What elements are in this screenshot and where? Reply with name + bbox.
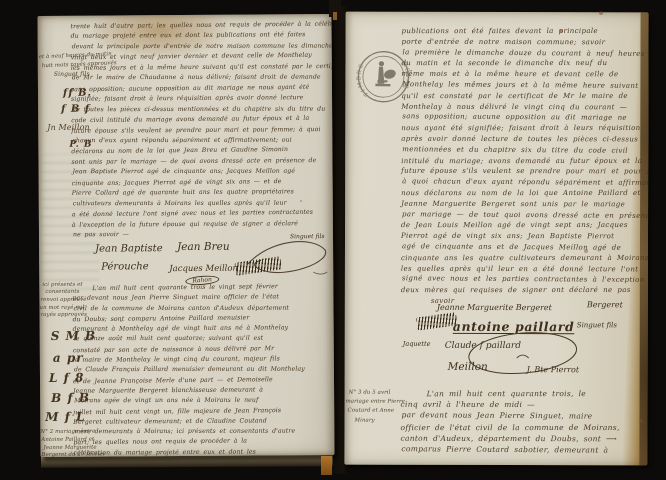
left-page: trente huit d'autre part; les quelles no… <box>37 14 334 457</box>
signature-official: Singuet fils <box>577 321 617 329</box>
margin-paraphe: Jn Meillon <box>47 123 90 132</box>
signature-witness: Meillon <box>448 361 488 373</box>
margin-act-reference: N° 2 mariage entre <box>40 429 95 435</box>
manuscript-line: juillet mil huit cent vingt un, fille ma… <box>73 405 333 418</box>
margin-act-reference: Minary <box>355 418 375 424</box>
margin-act-reference: Bergeret du 27 février <box>42 452 106 457</box>
margin-act-reference: Coutard et Anne <box>348 408 395 414</box>
manuscript-line: L'an mil huit cent quarante trois, le <box>427 388 646 399</box>
manuscript-line: agé de cinquante ans et de Jacques Meill… <box>402 241 647 254</box>
ink-flourish-icon <box>243 234 333 283</box>
top-ribbon-tab <box>329 0 341 17</box>
manuscript-line: publications ont été faites devant la pr… <box>402 26 647 37</box>
manuscript-line: officier de l'état civil de la commune d… <box>401 422 646 433</box>
bottom-ribbon-tab <box>321 456 332 475</box>
margin-act-reference: Jeanne Marguerite <box>43 445 96 451</box>
signature-witness: Jaquette <box>403 340 431 348</box>
manuscript-line: comparus Pierre Coutard sabotier, demeur… <box>401 443 646 456</box>
manuscript-line: Jeanne Marguerite Bergeret sont unis par… <box>401 199 646 210</box>
manuscript-line: cinquante ans les quatre cultivateurs de… <box>401 253 646 264</box>
archive-scan: trente huit d'autre part; les quelles no… <box>0 0 666 480</box>
margin-paraphe: M f L <box>45 410 85 424</box>
margin-paraphe: L f 8 <box>49 371 84 385</box>
act2-signatures: Jeanne Marguerite Bergeret Bergeret anto… <box>346 12 649 13</box>
margin-renvoi-note: rayés approuvés <box>41 312 87 318</box>
margin-act-reference: Antoine Paillard et <box>41 437 94 443</box>
margin-renvoi-note: ici présents et <box>42 282 82 288</box>
signature-witness: J. Bte Pierrot <box>527 365 579 374</box>
margin-signature: Singuet fils <box>54 71 90 78</box>
margin-act-number: N° 3 du 5 avril <box>349 390 391 396</box>
margin-paraphe: ff B. <box>63 88 92 99</box>
right-margin-note: N° 3 du 5 avril mariage entre Pierre Cou… <box>346 12 649 13</box>
manuscript-line: mentionnées et du chapitre six du titre … <box>402 144 647 157</box>
manuscript-line: nous déclarons au nom de la loi que Anto… <box>401 188 646 199</box>
manuscript-line: porte d'entrée de notre maison commune; … <box>402 37 647 48</box>
manuscript-line: après avoir donné lecture de toutes les … <box>401 134 646 145</box>
signature-witness: Bergeret <box>587 300 623 309</box>
signature-bride: Jeanne Marguerite Bergeret <box>437 303 552 312</box>
margin-act-reference: mariage entre Pierre <box>346 399 405 405</box>
manuscript-line: du matin et la seconde le dimanche dix n… <box>401 58 646 69</box>
margin-renvoi-note: un mot rayé nul <box>39 305 84 311</box>
manuscript-line: intitulé du mariage; avons demandé au fu… <box>401 156 646 167</box>
right-page: TIMBRE ROYAL publications ont été faites… <box>344 12 648 466</box>
margin-paraphe: a pr <box>53 351 84 365</box>
signature-witness: Pérouche <box>101 261 148 272</box>
paper-specks <box>0 0 2 2</box>
margin-paraphe: f B f <box>61 104 90 115</box>
margin-paraphe: P. B <box>69 140 92 150</box>
manuscript-line: Monthelay les mêmes jours et à la même h… <box>402 79 647 92</box>
margin-paraphe: S M B <box>51 329 97 343</box>
margin-paraphe: B f B <box>51 391 90 405</box>
signature-witness: Jean Baptiste <box>95 243 163 254</box>
act2-continuation-text: publications ont été faites devant la pr… <box>401 26 647 307</box>
manuscript-line: qu'il est constaté par le certificat de … <box>401 91 646 102</box>
act2-text: L'an mil huit cent quarante trois le vin… <box>72 282 333 457</box>
margin-renvoi-note: renvoi approuvé <box>40 297 86 303</box>
manuscript-line: par devant nous Jean Pierre Singuet, mai… <box>401 410 646 423</box>
manuscript-line: nous ayant été signifiée; faisant droit … <box>401 123 646 134</box>
manuscript-line: de Jean Louis Meillon agé de vingt sept … <box>401 220 646 231</box>
manuscript-line: deux mères qui requises de signer ont dé… <box>401 285 646 296</box>
scribble-flourish-icon <box>416 312 457 330</box>
signature-witness: Jacques Meillon <box>169 264 238 274</box>
signature-groom: Jean Breu <box>177 241 230 253</box>
act3-text: L'an mil huit cent quarante trois, lecin… <box>400 388 645 456</box>
margin-renvoi-note: consentants <box>45 289 79 295</box>
